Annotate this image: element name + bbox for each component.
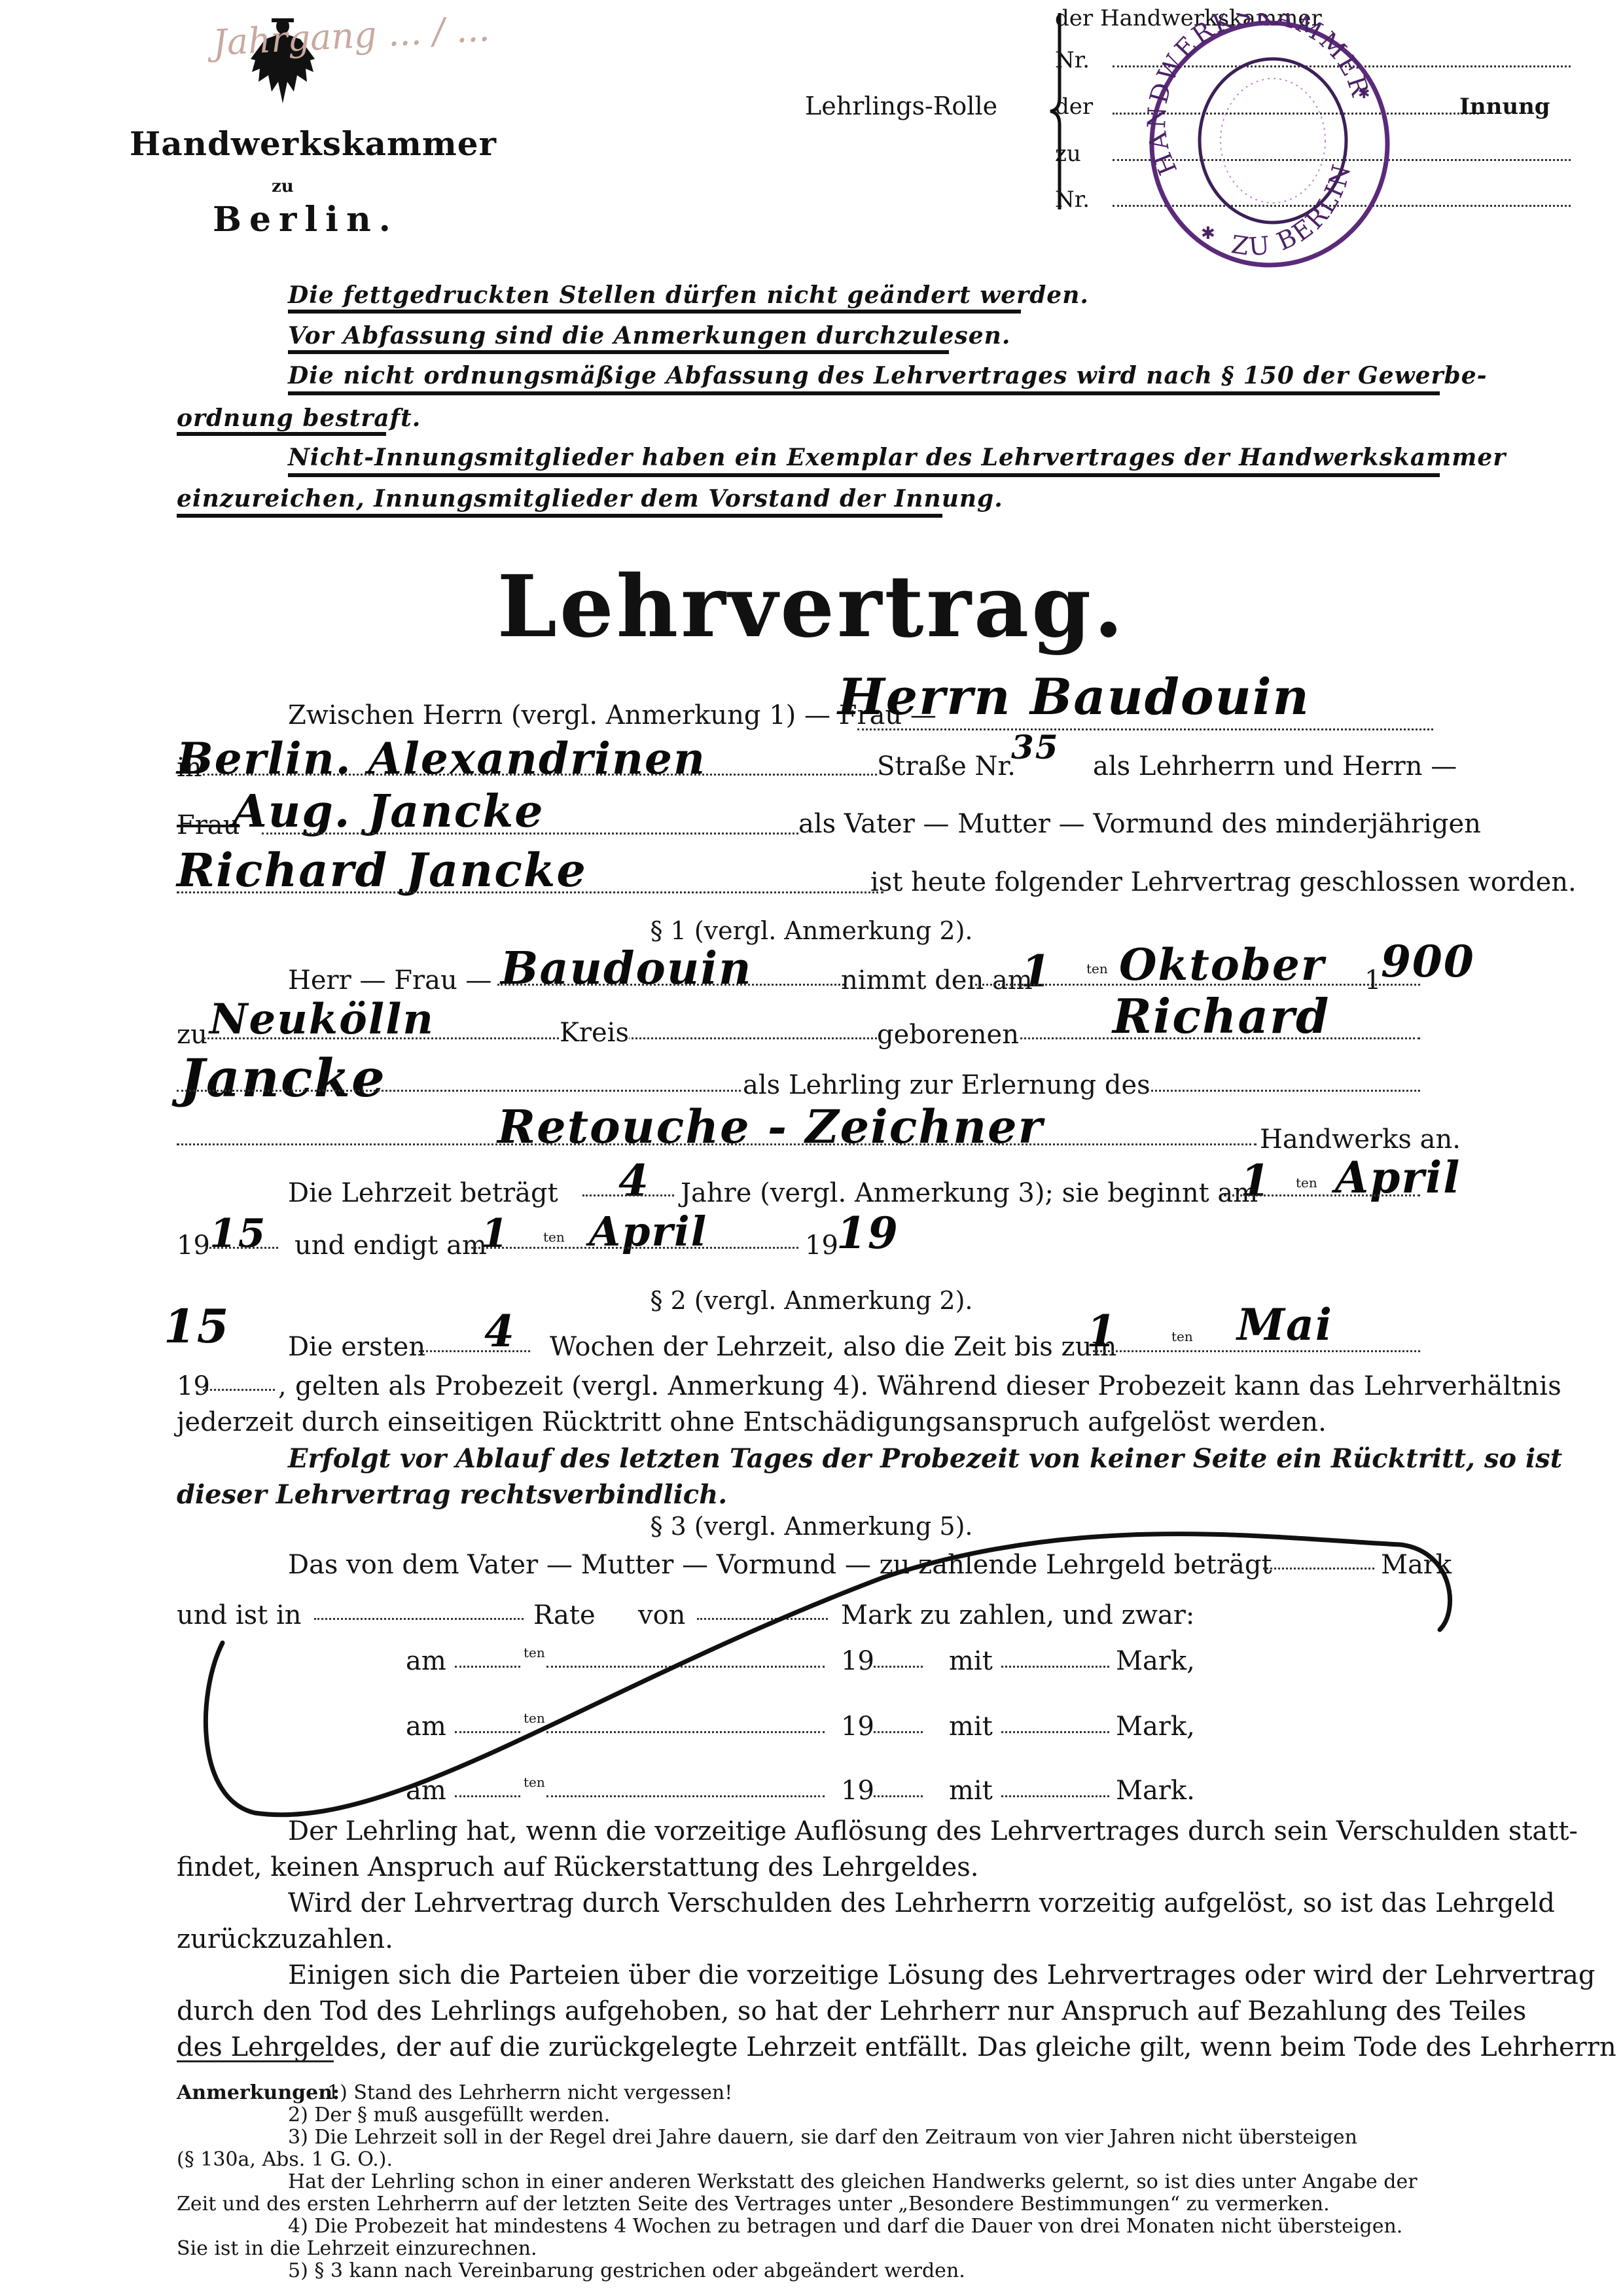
s2-bold-2: dieser Lehrvertrag rechtsverbindlich.	[177, 1479, 727, 1510]
s2-year-prefix: 19	[177, 1371, 210, 1401]
lehrherr-name-value[interactable]: Herrn Baudouin	[838, 668, 1310, 726]
svg-text:✱: ✱	[1358, 86, 1370, 102]
notice-1: Die fettgedruckten Stellen dürfen nicht …	[288, 281, 1089, 309]
footnote-1: 1) Stand des Lehrherrn nicht vergessen!	[327, 2081, 732, 2104]
institution-zu: zu	[272, 177, 294, 196]
notice-2: Vor Abfassung sind die Anmerkungen durch…	[288, 322, 1010, 350]
notice-6: einzureichen, Innungsmitglieder dem Vors…	[177, 485, 1003, 512]
s1-duration-line	[582, 1194, 674, 1196]
s1-apprentice-surname-value[interactable]: Jancke	[180, 1047, 386, 1109]
footnote-2: 2) Der § muß ausgefüllt werden.	[288, 2104, 610, 2126]
s1-apprentice-firstname-value[interactable]: Richard	[1113, 988, 1330, 1044]
s3-para3-a: Einigen sich die Parteien über die vorze…	[288, 1960, 1595, 1990]
s1-start-line	[1224, 1194, 1420, 1196]
s2-bold-1: Erfolgt vor Ablauf des letzten Tages der…	[288, 1443, 1562, 1474]
s1-lehrling-label: als Lehrling zur Erlernung des	[743, 1070, 1150, 1100]
notice-3: Die nicht ordnungsmäßige Abfassung des L…	[288, 362, 1488, 389]
s2-year-value[interactable]: 15	[164, 1299, 230, 1354]
notice-underline	[288, 350, 949, 354]
footnote-4b: Sie ist in die Lehrzeit einzurechnen.	[177, 2237, 537, 2260]
s1-line1-label: Herr — Frau —	[288, 965, 491, 996]
s3-para2-b: zurückzuzahlen.	[177, 1924, 393, 1954]
s1-nimmt-label: nimmt den am	[841, 965, 1033, 996]
document-title: Lehrvertrag.	[0, 556, 1623, 656]
stamp-text-top: HANDWERKSKAMMER	[1142, 13, 1375, 179]
s1-date-line	[975, 984, 1420, 986]
svg-text:✱: ✱	[1201, 224, 1215, 243]
institution-city: Berlin.	[213, 200, 399, 240]
register-label-der: der	[1055, 94, 1093, 120]
guardian-name-value[interactable]: Aug. Jancke	[232, 785, 544, 838]
footnotes-label: Anmerkungen:	[177, 2081, 340, 2104]
institution-name: Handwerkskammer	[130, 124, 497, 163]
s1-end-day-value[interactable]: 1	[481, 1211, 510, 1257]
s2-weeks-value[interactable]: 4	[484, 1306, 516, 1357]
s1-end-year-value[interactable]: 19	[836, 1208, 899, 1259]
s3-para2-a: Wird der Lehrvertrag durch Verschulden d…	[288, 1888, 1555, 1918]
stamp-text-bottom: ZU BERLIN	[1230, 160, 1357, 261]
s1-birthplace-value[interactable]: Neukölln	[209, 995, 435, 1044]
register-label-zu: zu	[1055, 141, 1081, 167]
section2-heading: § 2 (vergl. Anmerkung 2).	[0, 1286, 1623, 1315]
s1-end-line	[471, 1247, 798, 1249]
s3-para1-b: findet, keinen Anspruch auf Rückerstattu…	[177, 1852, 979, 1882]
s1-start-year-prefix: 19	[177, 1230, 210, 1261]
s1-trade-line	[177, 1143, 1257, 1145]
s1-end-ten: ten	[543, 1229, 565, 1245]
section1-heading: § 1 (vergl. Anmerkung 2).	[0, 916, 1623, 945]
parties-line3-suffix: als Vater — Mutter — Vormund des minderj…	[798, 809, 1481, 839]
parties-line4-suffix: ist heute folgender Lehrvertrag geschlos…	[870, 867, 1577, 897]
s1-handwerks-label: Handwerks an.	[1260, 1124, 1461, 1155]
footnote-3c: Hat der Lehrling schon in einer anderen …	[288, 2170, 1418, 2193]
s1-duration-label: Die Lehrzeit beträgt	[288, 1178, 558, 1208]
parties-line3-prefix: Frau	[177, 810, 240, 840]
footnote-3b: (§ 130a, Abs. 1 G. O.).	[177, 2148, 393, 2171]
s1-year-prefix: 1	[1364, 965, 1381, 996]
apprentice-name-value[interactable]: Richard Jancke	[177, 843, 587, 897]
s1-kreis-label: Kreis	[560, 1018, 629, 1048]
s1-lehrherr-line	[497, 984, 844, 986]
s2-weeks-line	[419, 1350, 530, 1352]
s2-month-value[interactable]: Mai	[1237, 1299, 1333, 1350]
s2-year-line	[203, 1389, 275, 1391]
s1-duration-suffix: Jahre (vergl. Anmerkung 3); sie beginnt …	[681, 1178, 1258, 1208]
s3-para3-b: durch den Tod des Lehrlings aufgehoben, …	[177, 1996, 1526, 2026]
s2-ten: ten	[1171, 1329, 1193, 1344]
notice-5: Nicht-Innungsmitglieder haben ein Exempl…	[288, 444, 1506, 471]
s1-start-year-value[interactable]: 15	[209, 1211, 267, 1257]
street-number-value[interactable]: 35	[1011, 728, 1060, 766]
s1-year-value[interactable]: 900	[1381, 936, 1475, 987]
s1-day-value[interactable]: 1	[1021, 946, 1052, 997]
notice-underline	[288, 310, 1021, 314]
street-number-label: Straße Nr.	[877, 751, 1016, 781]
s1-start-year-line	[206, 1247, 278, 1249]
notice-underline	[288, 391, 1440, 395]
notice-underline	[288, 473, 1440, 477]
s1-end-year-prefix: 19	[805, 1230, 838, 1261]
lehrherr-address-line	[203, 774, 877, 776]
s1-duration-value[interactable]: 4	[618, 1155, 650, 1206]
s2-line1-suffix: Wochen der Lehrzeit, also die Zeit bis z…	[550, 1332, 1116, 1362]
svg-text:HANDWERKSKAMMER: HANDWERKSKAMMER	[1142, 13, 1375, 179]
s1-lehrherr-value[interactable]: Baudouin	[501, 942, 753, 995]
notice-underline	[177, 514, 942, 518]
notice-underline	[177, 432, 386, 436]
s1-trade-value[interactable]: Retouche - Zeichner	[497, 1100, 1044, 1154]
s3-para1-a: Der Lehrling hat, wenn die vorzeitige Au…	[288, 1816, 1578, 1846]
register-title: Lehrlings-Rolle	[805, 92, 997, 120]
s1-geborenen-label: geborenen	[877, 1020, 1019, 1050]
notice-4: ordnung bestraft.	[177, 404, 421, 432]
footnote-4: 4) Die Probezeit hat mindestens 4 Wochen…	[288, 2215, 1402, 2238]
official-stamp: HANDWERKSKAMMER ZU BERLIN ✱ ✱	[1139, 13, 1400, 272]
register-label-nr: Nr.	[1055, 47, 1090, 73]
s1-ten-suffix: ten	[1086, 961, 1108, 977]
footnote-3: 3) Die Lehrzeit soll in der Regel drei J…	[288, 2126, 1357, 2149]
footnote-5: 5) § 3 kann nach Vereinbarung gestrichen…	[288, 2259, 965, 2282]
s2-line3: jederzeit durch einseitigen Rücktritt oh…	[177, 1407, 1327, 1437]
s1-end-label: und endigt am	[294, 1230, 487, 1261]
footnote-3d: Zeit und des ersten Lehrherrn auf der le…	[177, 2193, 1330, 2215]
s2-line1-label: Die ersten	[288, 1332, 425, 1362]
parties-line2-suffix: als Lehrherrn und Herrn —	[1093, 751, 1457, 781]
lehrherr-address-value[interactable]: Berlin. Alexandrinen	[177, 733, 706, 784]
lehrherr-name-line	[857, 728, 1433, 730]
apprentice-name-line	[177, 891, 883, 893]
s1-zu-label: zu	[177, 1020, 207, 1050]
s2-day-value[interactable]: 1	[1086, 1306, 1118, 1357]
s1-month-value[interactable]: Oktober	[1119, 939, 1325, 990]
guardian-name-line	[262, 833, 798, 834]
s3-para3-c: des Lehrgeldes, der auf die zurückgelegt…	[177, 2032, 1616, 2062]
s2-line2: , gelten als Probezeit (vergl. Anmerkung…	[278, 1371, 1561, 1401]
s1-start-day-value[interactable]: 1	[1240, 1155, 1272, 1206]
svg-text:ZU BERLIN: ZU BERLIN	[1230, 160, 1357, 261]
s1-start-ten: ten	[1296, 1175, 1317, 1191]
cancellation-stroke	[196, 1525, 1472, 1820]
register-label-nr-2: Nr.	[1055, 187, 1090, 213]
s2-date-line	[1093, 1350, 1420, 1352]
register-innung-suffix: Innung	[1459, 94, 1550, 120]
footnote-divider	[177, 2060, 334, 2062]
